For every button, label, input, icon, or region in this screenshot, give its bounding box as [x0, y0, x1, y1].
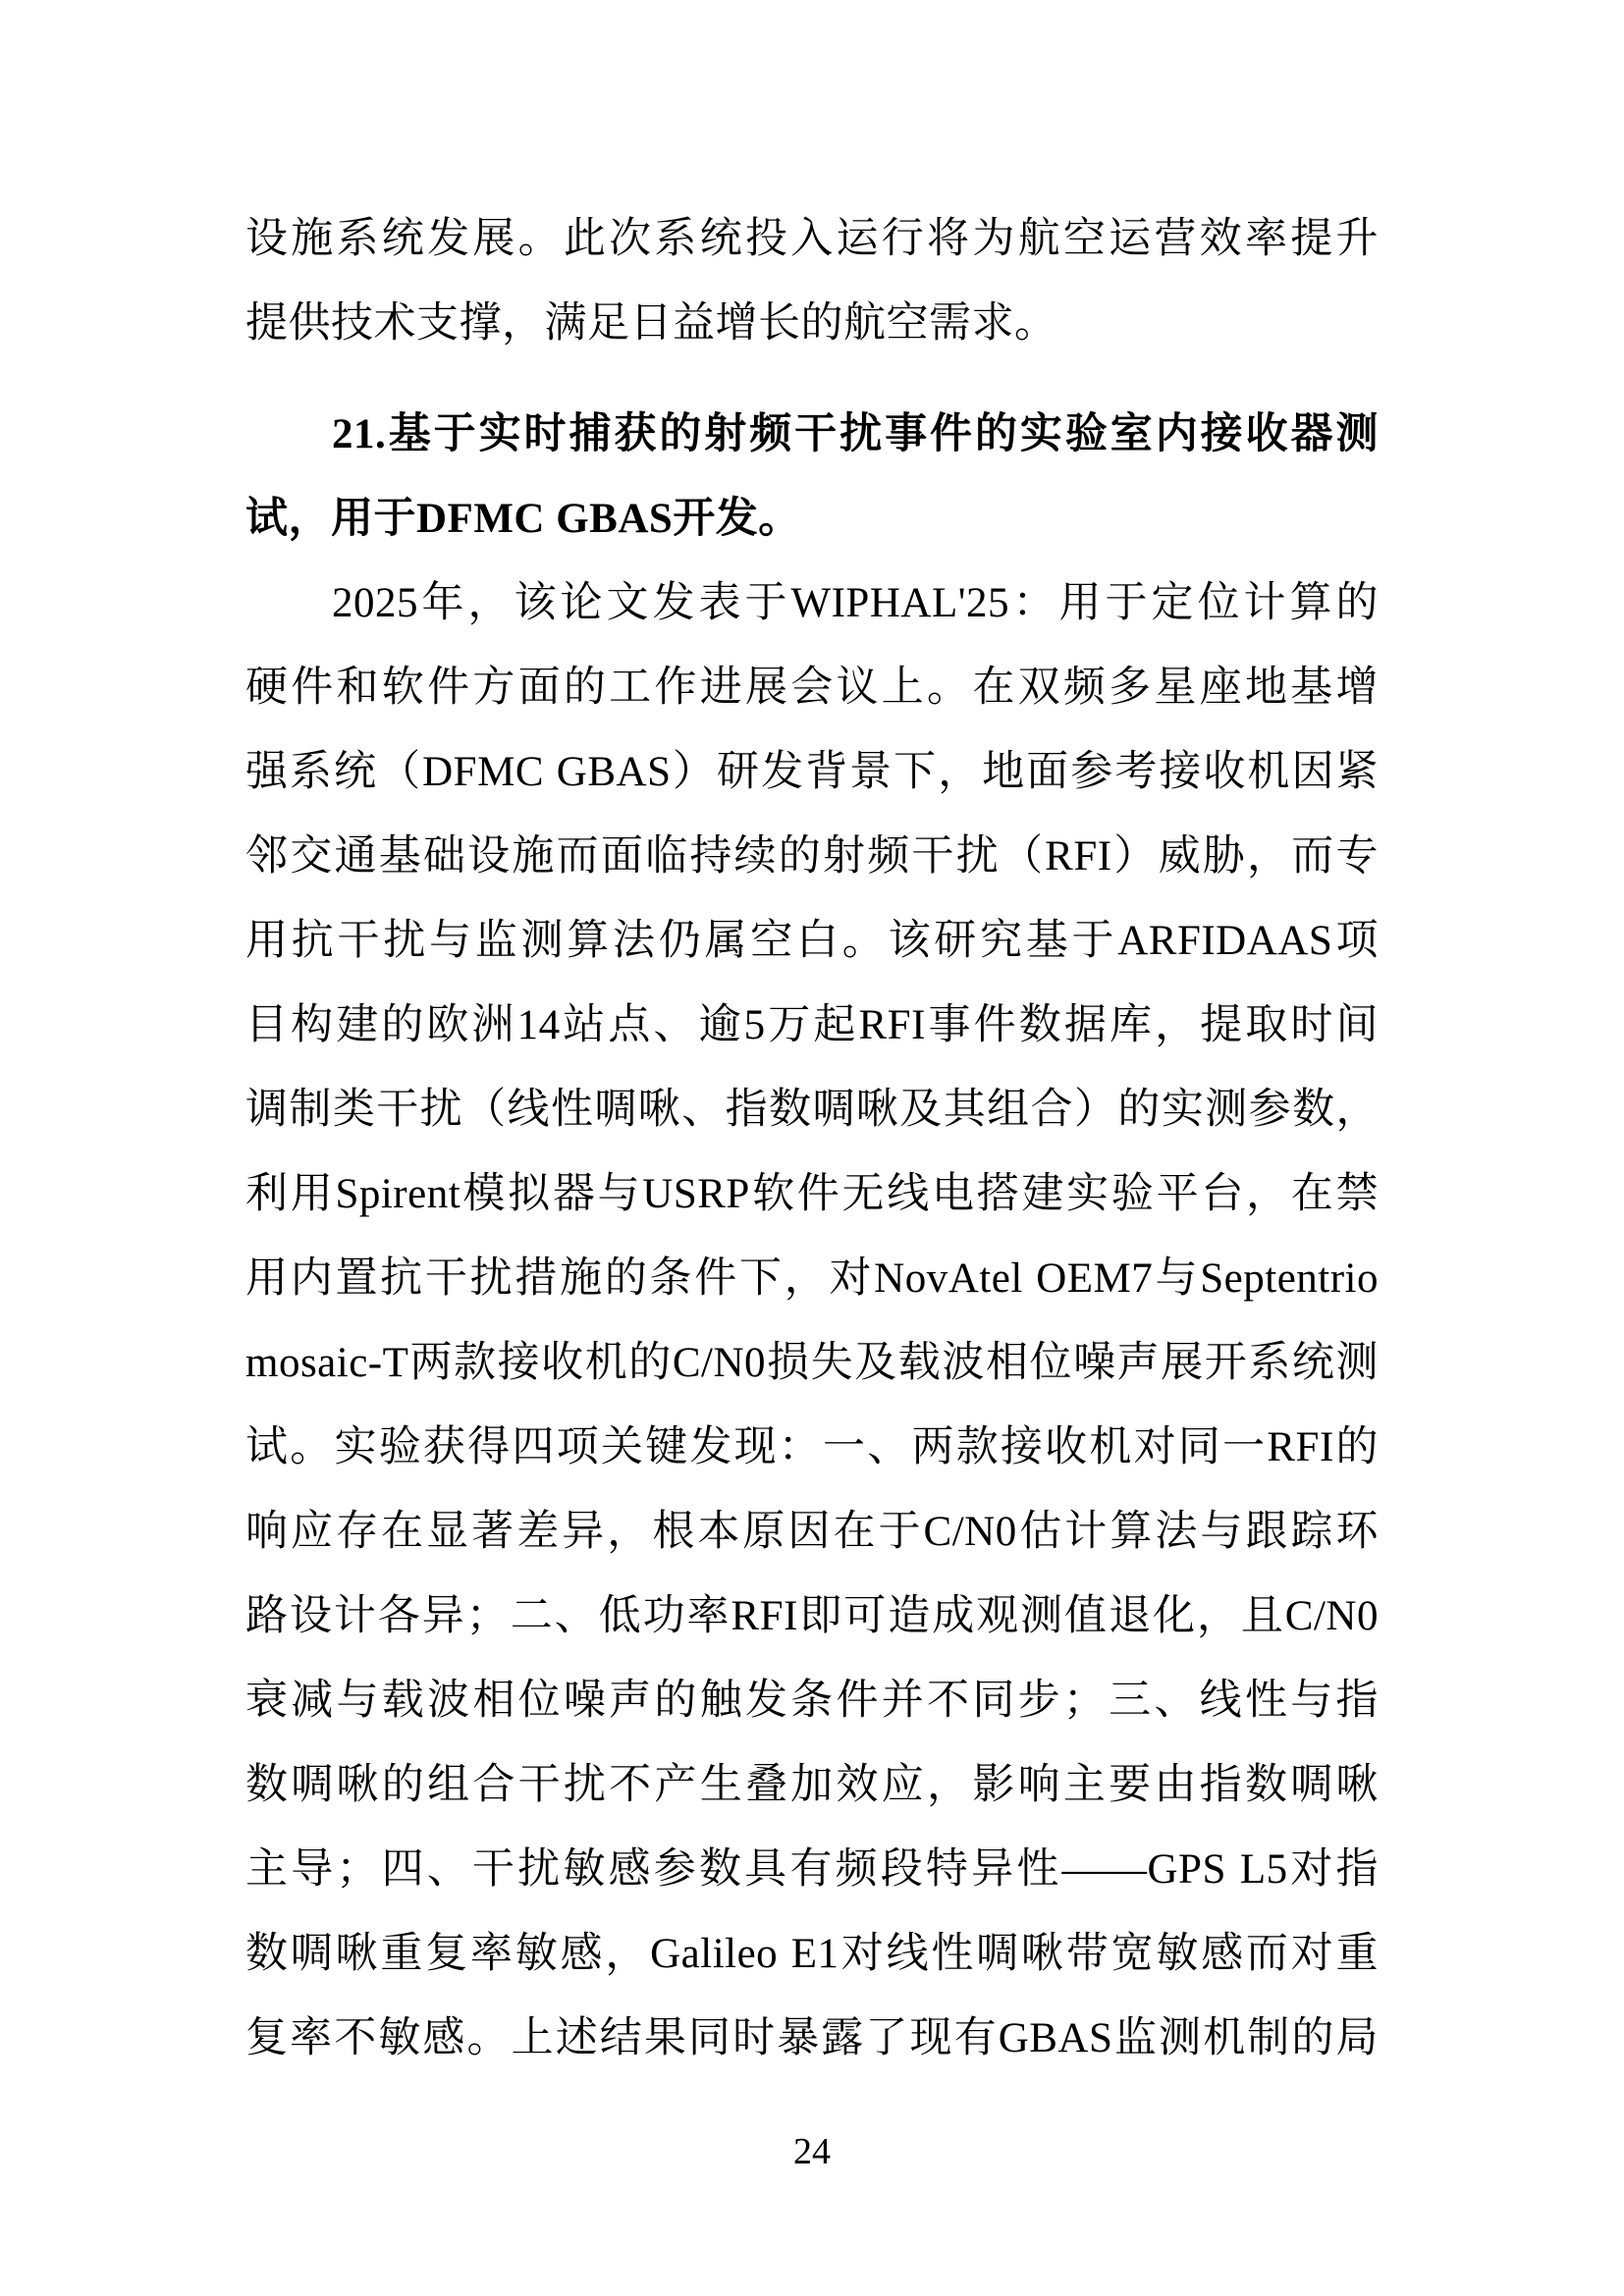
document-page: 设施系统发展。此次系统投入运行将为航空运营效率提升 提供技术支撑，满足日益增长的… — [0, 0, 1624, 2296]
text-line: 衰减与载波相位噪声的触发条件并不同步；三、线性与指 — [245, 1659, 1379, 1743]
text-line: 主导；四、干扰敏感参数具有频段特异性——GPS L5对指 — [245, 1828, 1379, 1912]
text-line: 2025年，该论文发表于WIPHAL'25：用于定位计算的 — [245, 561, 1379, 646]
text-line: 提供技术支撑，满足日益增长的航空需求。 — [245, 282, 1379, 366]
text-line: 强系统（DFMC GBAS）研发背景下，地面参考接收机因紧 — [245, 730, 1379, 815]
text-line: 调制类干扰（线性啁啾、指数啁啾及其组合）的实测参数， — [245, 1068, 1379, 1152]
text-line: 复率不敏感。上述结果同时暴露了现有GBAS监测机制的局 — [245, 1997, 1379, 2081]
text-line: 响应存在显著差异，根本原因在于C/N0估计算法与跟踪环 — [245, 1490, 1379, 1575]
text-line: 设施系统发展。此次系统投入运行将为航空运营效率提升 — [245, 197, 1379, 282]
text-line: 路设计各异；二、低功率RFI即可造成观测值退化，且C/N0 — [245, 1575, 1379, 1659]
text-block: 设施系统发展。此次系统投入运行将为航空运营效率提升 提供技术支撑，满足日益增长的… — [245, 197, 1379, 2081]
text-line: 利用Spirent模拟器与USRP软件无线电搭建实验平台，在禁 — [245, 1152, 1379, 1237]
page-number: 24 — [0, 2132, 1624, 2171]
text-line: 邻交通基础设施而面临持续的射频干扰（RFI）威胁，而专 — [245, 815, 1379, 899]
text-line: 用内置抗干扰措施的条件下，对NovAtel OEM7与Septentrio — [245, 1237, 1379, 1321]
text-line: 数啁啾重复率敏感，Galileo E1对线性啁啾带宽敏感而对重 — [245, 1912, 1379, 1997]
text-line: 目构建的欧洲14站点、逾5万起RFI事件数据库，提取时间 — [245, 984, 1379, 1068]
section-heading-line: 21.基于实时捕获的射频干扰事件的实验室内接收器测 — [245, 393, 1379, 477]
text-line: 硬件和软件方面的工作进展会议上。在双频多星座地基增 — [245, 646, 1379, 730]
section-heading-line: 试，用于DFMC GBAS开发。 — [245, 477, 1379, 561]
text-line: 数啁啾的组合干扰不产生叠加效应，影响主要由指数啁啾 — [245, 1743, 1379, 1828]
text-line: 试。实验获得四项关键发现：一、两款接收机对同一RFI的 — [245, 1406, 1379, 1490]
text-line: mosaic-T两款接收机的C/N0损失及载波相位噪声展开系统测 — [245, 1321, 1379, 1406]
text-line: 用抗干扰与监测算法仍属空白。该研究基于ARFIDAAS项 — [245, 899, 1379, 984]
